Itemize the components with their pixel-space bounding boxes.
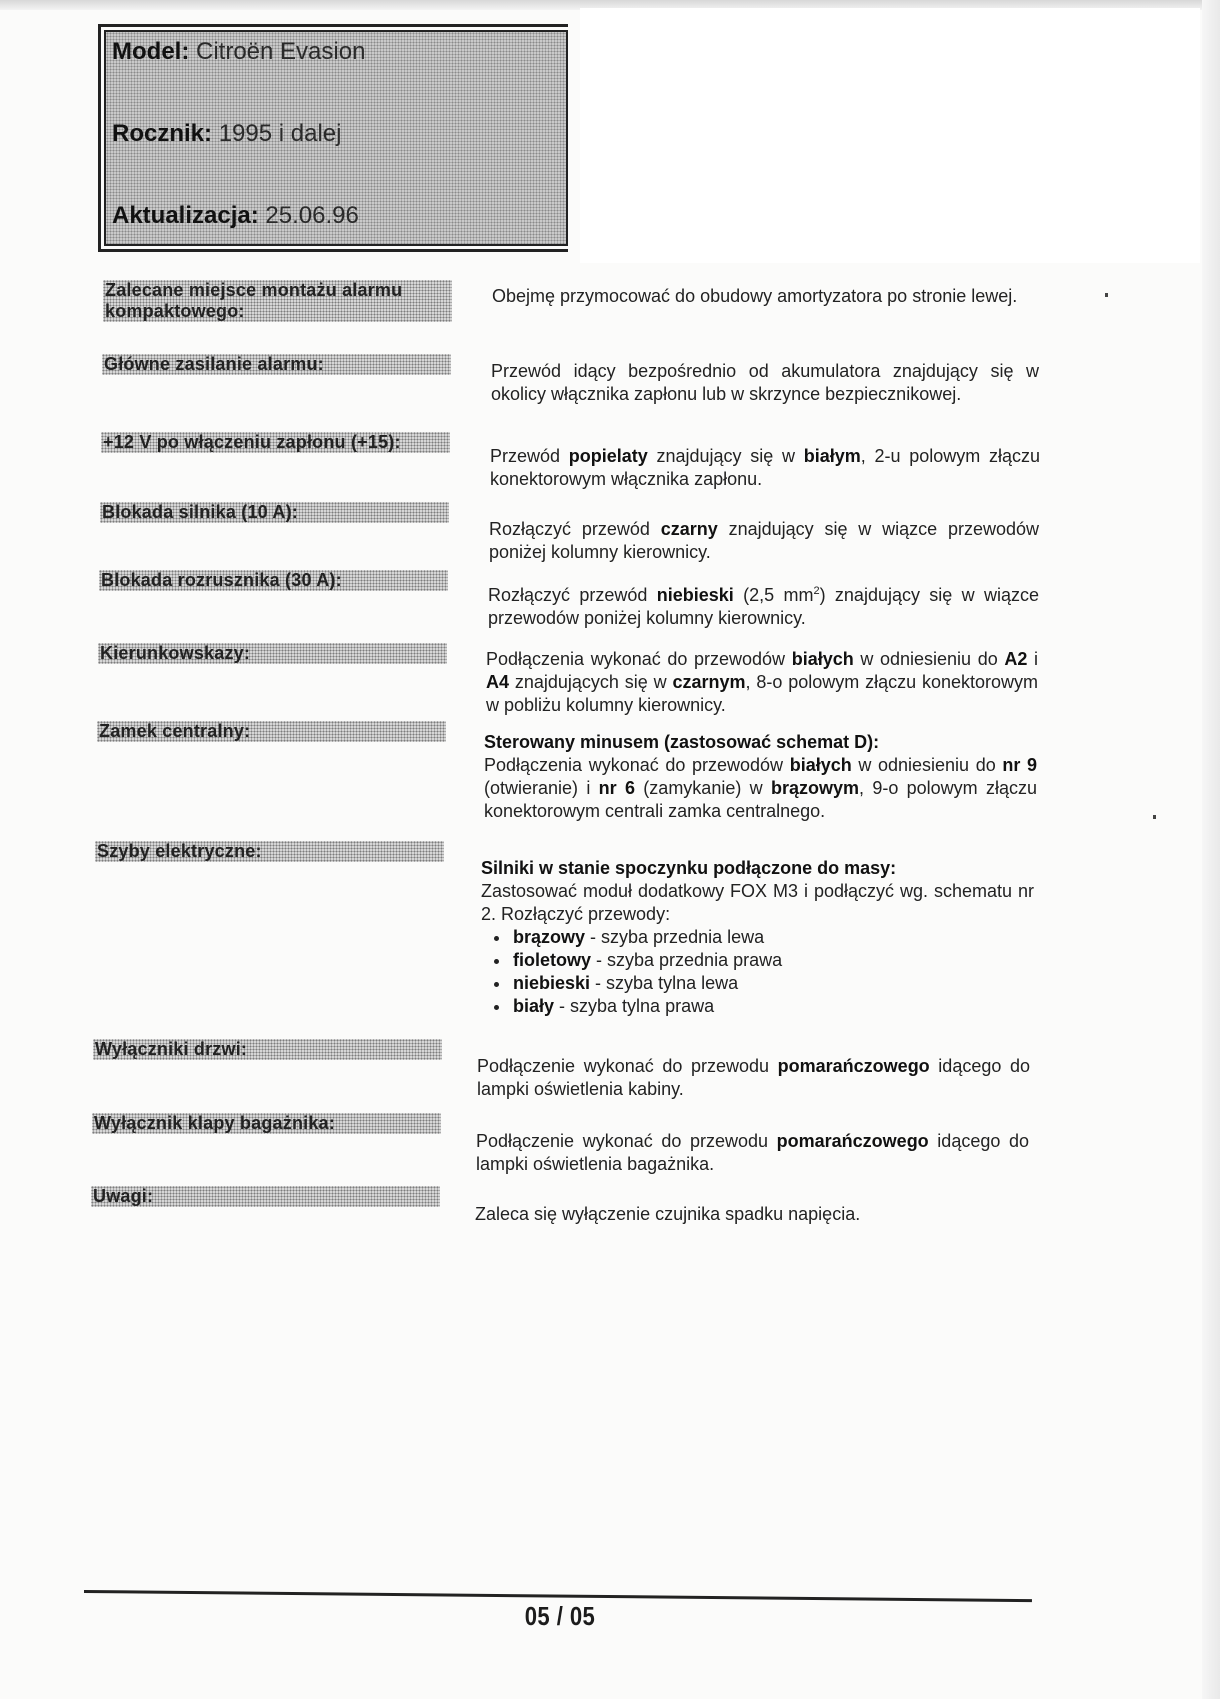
- desc-engine-immobilizer: Rozłączyć przewód czarny znajdujący się …: [489, 518, 1039, 564]
- scan-speck: [1153, 815, 1156, 819]
- desc-ignition-plus15: Przewód popielaty znajdujący się w biały…: [490, 445, 1040, 491]
- model-label: Model:: [112, 38, 189, 65]
- wire-list-item: fioletowy - szyba przednia prawa: [511, 949, 1034, 972]
- label-mounting-location: Zalecane miejsce montażu alarmu kompakto…: [103, 280, 452, 322]
- desc-door-switches: Podłączenie wykonać do przewodu pomarańc…: [477, 1055, 1030, 1101]
- vehicle-info-panel: Model: Citroën Evasion Rocznik: 1995 i d…: [104, 30, 568, 246]
- desc-trunk-switch: Podłączenie wykonać do przewodu pomarańc…: [476, 1130, 1029, 1176]
- wire-list-item: brązowy - szyba przednia lewa: [511, 926, 1034, 949]
- desc-central-lock: Sterowany minusem (zastosować schemat D)…: [484, 731, 1037, 823]
- desc-turn-signals: Podłączenia wykonać do przewodów białych…: [486, 648, 1038, 717]
- desc-notes: Zaleca się wyłączenie czujnika spadku na…: [475, 1203, 1028, 1226]
- page-number: 05 / 05: [84, 1601, 1036, 1632]
- model-value: Citroën Evasion: [196, 38, 365, 65]
- label-central-lock: Zamek centralny:: [97, 721, 446, 742]
- scan-speck: [1105, 293, 1108, 297]
- vehicle-info-header: Model: Citroën Evasion Rocznik: 1995 i d…: [98, 24, 568, 252]
- label-starter-immobilizer: Blokada rozrusznika (30 A):: [99, 570, 448, 591]
- label-notes: Uwagi:: [91, 1186, 440, 1207]
- label-engine-immobilizer: Blokada silnika (10 A):: [100, 502, 449, 523]
- label-ignition-plus15: +12 V po włączeniu zapłonu (+15):: [101, 432, 450, 453]
- desc-mounting-location: Obejmę przymocować do obudowy amortyzato…: [492, 285, 1040, 308]
- desc-starter-immobilizer: Rozłączyć przewód niebieski (2,5 mm2) zn…: [488, 580, 1039, 630]
- year-value: 1995 i dalej: [219, 120, 342, 147]
- update-label: Aktualizacja:: [112, 202, 259, 229]
- power-windows-text: Silniki w stanie spoczynku podłączone do…: [481, 857, 1034, 926]
- update-value: 25.06.96: [265, 202, 358, 229]
- year-line: Rocznik: 1995 i dalej: [112, 120, 341, 148]
- label-turn-signals: Kierunkowskazy:: [98, 643, 447, 664]
- model-line: Model: Citroën Evasion: [112, 38, 365, 66]
- label-power-windows: Szyby elektryczne:: [95, 841, 444, 862]
- desc-power-windows: Silniki w stanie spoczynku podłączone do…: [481, 857, 1034, 1018]
- label-trunk-switch: Wyłącznik klapy bagażnika:: [92, 1113, 441, 1134]
- scan-shadow-right: [1202, 0, 1220, 1699]
- label-main-power: Główne zasilanie alarmu:: [102, 354, 451, 375]
- scan-mask: [580, 8, 1200, 263]
- desc-main-power: Przewód idący bezpośrednio od akumulator…: [491, 360, 1039, 406]
- wire-list-item: biały - szyba tylna prawa: [511, 995, 1034, 1018]
- update-line: Aktualizacja: 25.06.96: [112, 202, 359, 230]
- year-label: Rocznik:: [112, 120, 212, 147]
- wire-list-item: niebieski - szyba tylna lewa: [511, 972, 1034, 995]
- wire-list: brązowy - szyba przednia lewa fioletowy …: [481, 926, 1034, 1018]
- label-door-switches: Wyłączniki drzwi:: [93, 1039, 442, 1060]
